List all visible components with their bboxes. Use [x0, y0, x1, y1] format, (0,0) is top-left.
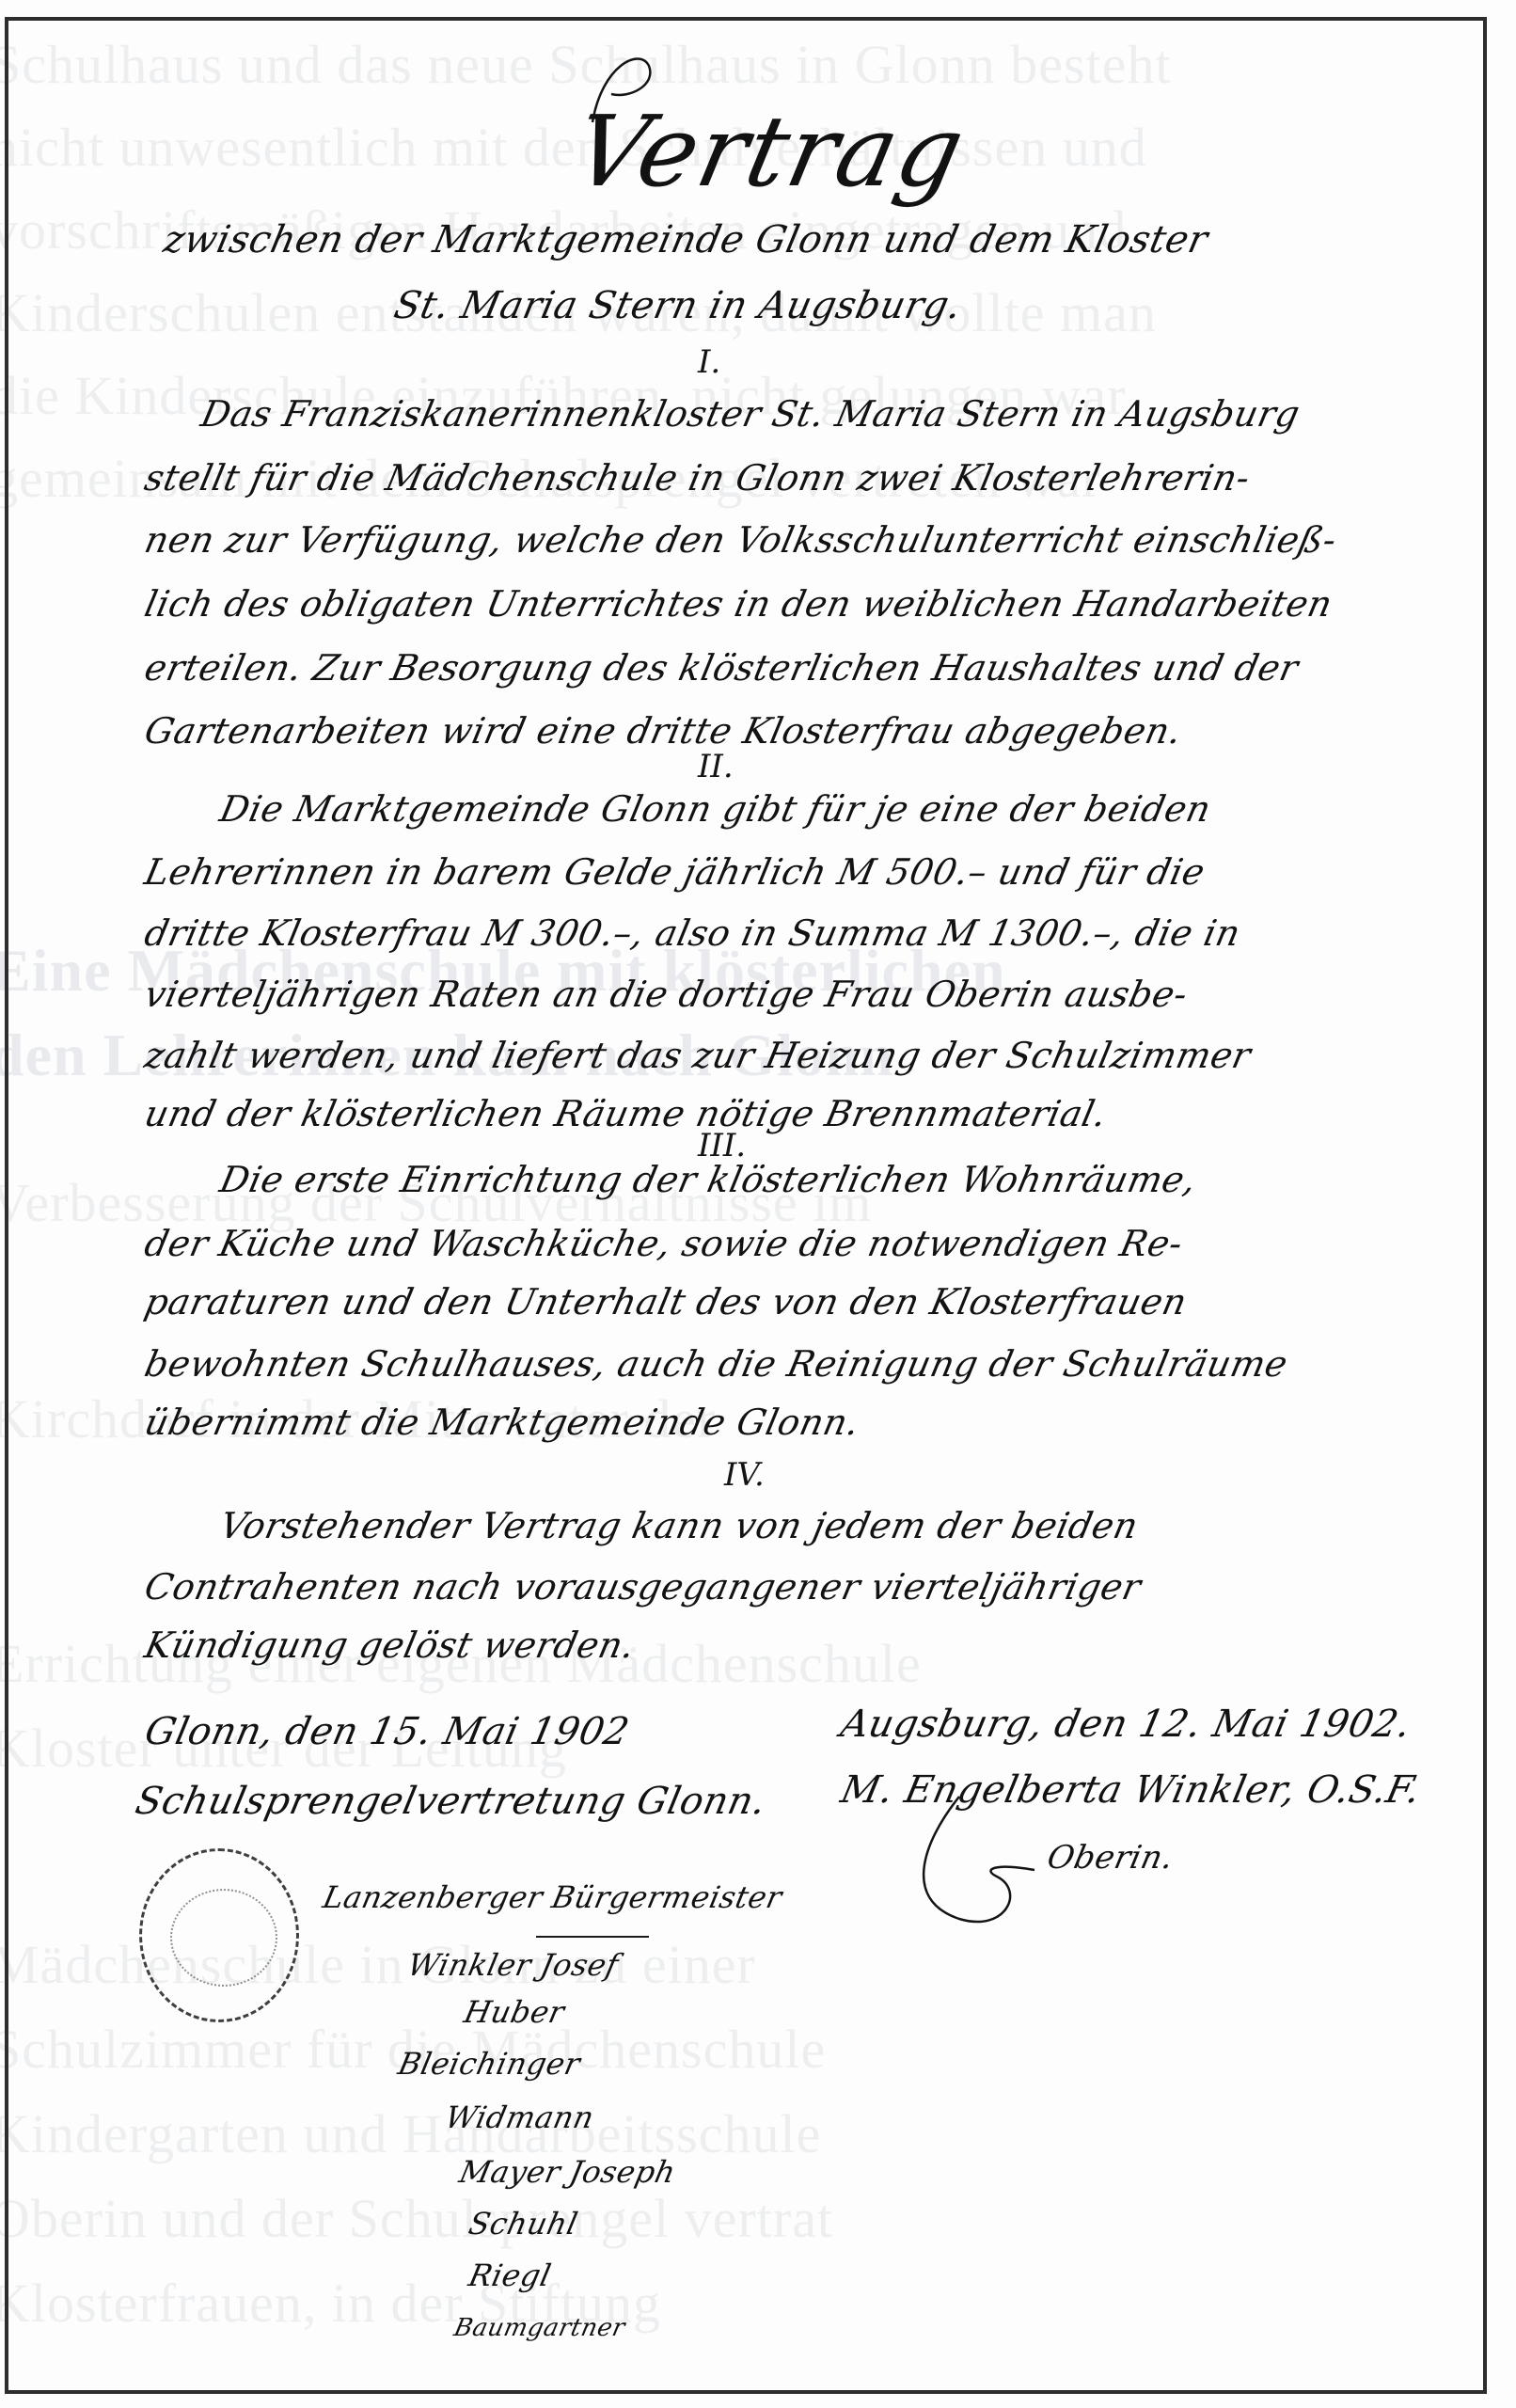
title-flourish	[583, 47, 658, 132]
document-subtitle-parties: zwischen der Marktgemeinde Glonn und dem…	[160, 218, 1211, 261]
section-3-line: der Küche und Waschküche, sowie die notw…	[141, 1223, 1187, 1264]
section-3-line: bewohnten Schulhauses, auch die Reinigun…	[141, 1343, 1291, 1385]
signatory-name: Riegl	[466, 2257, 555, 2293]
section-3-line: Die erste Einrichtung der klösterlichen …	[216, 1159, 1200, 1200]
signatory-name: Widmann	[442, 2099, 597, 2135]
section-2-line: dritte Klosterfrau M 300.–, also in Summ…	[141, 912, 1244, 954]
section-numeral-2: II.	[698, 748, 734, 785]
signature-underline	[536, 1936, 649, 1938]
section-2-line: Lehrerinnen in barem Gelde jährlich M 50…	[141, 851, 1208, 893]
signatory-name: Winkler Josef	[404, 1947, 622, 1983]
section-1-line: lich des obligaten Unterrichtes in den w…	[141, 583, 1336, 625]
official-seal-stamp	[139, 1848, 299, 2022]
document-frame	[5, 17, 1487, 2394]
signatory-name: Baumgartner	[451, 2314, 627, 2342]
section-4-line: Contrahenten nach vorausgegangener viert…	[141, 1566, 1145, 1608]
signature-left-body: Schulsprengelvertretung Glonn.	[132, 1780, 770, 1823]
section-2-line: Die Marktgemeinde Glonn gibt für je eine…	[216, 788, 1215, 830]
section-numeral-4: IV.	[724, 1456, 765, 1494]
section-4-line: Kündigung gelöst werden.	[141, 1624, 639, 1666]
section-3-line: übernimmt die Marktgemeinde Glonn.	[141, 1402, 863, 1443]
document-subtitle-convent: St. Maria Stern in Augsburg.	[390, 284, 966, 327]
section-3-line: paraturen und den Unterhalt des von den …	[141, 1281, 1191, 1323]
section-1-line: nen zur Verfügung, welche den Volksschul…	[141, 519, 1340, 561]
signatory-name: Lanzenberger Bürgermeister	[320, 1879, 785, 1915]
signature-right-place-date: Augsburg, den 12. Mai 1902.	[837, 1703, 1414, 1746]
signature-left-place-date: Glonn, den 15. Mai 1902	[141, 1710, 633, 1753]
seal-inner-ring	[170, 1889, 277, 1987]
section-1-line: Das Franziskanerinnenkloster St. Maria S…	[197, 393, 1303, 435]
signatory-name: Schuhl	[466, 2206, 581, 2242]
section-1-line: erteilen. Zur Besorgung des klösterliche…	[141, 647, 1303, 689]
section-4-line: Vorstehender Vertrag kann von jedem der …	[216, 1505, 1142, 1546]
signatory-name: Huber	[461, 1994, 568, 2030]
section-numeral-1: I.	[698, 343, 720, 381]
signature-flourish	[903, 1787, 1072, 1928]
section-2-line: zahlt werden, und liefert das zur Heizun…	[141, 1035, 1255, 1076]
section-2-line: vierteljährigen Raten an die dortige Fra…	[141, 974, 1192, 1015]
signatory-name: Mayer Joseph	[456, 2154, 679, 2190]
section-1-line: Gartenarbeiten wird eine dritte Klosterf…	[141, 710, 1186, 752]
section-2-line: und der klösterlichen Räume nötige Brenn…	[141, 1093, 1111, 1134]
signatory-name: Bleichinger	[395, 2046, 584, 2082]
section-1-line: stellt für die Mädchenschule in Glonn zw…	[141, 457, 1254, 499]
